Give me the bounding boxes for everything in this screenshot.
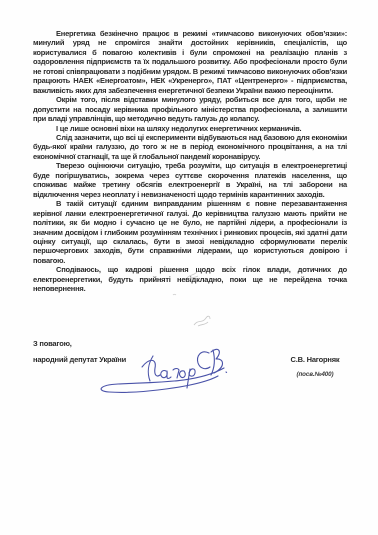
signatory-credential: (посв.№400) — [283, 370, 347, 379]
document-page: Енергетика безкінечно працює в режимі «т… — [0, 0, 378, 535]
signatory: С.В. Нагорняк (посв.№400) — [283, 355, 347, 379]
letter-body: Енергетика безкінечно працює в режимі «т… — [33, 29, 347, 294]
paragraph: Енергетика безкінечно працює в режимі «т… — [33, 29, 347, 95]
paragraph: Слід зазначити, що всі ці експерименти в… — [33, 133, 347, 161]
scan-smudge-mark — [172, 292, 177, 297]
paragraph: Тверезо оцінюючи ситуацію, треба розуміт… — [33, 161, 347, 199]
signatory-title: народний депутат України — [33, 355, 126, 364]
signatory-name: С.В. Нагорняк — [283, 355, 347, 364]
scan-smudge-mark — [186, 270, 200, 281]
scan-smudge-mark — [193, 314, 212, 327]
closing-block: З повагою, народний депутат України С.В.… — [33, 339, 347, 379]
paragraph: Окрім того, після відставки минулого уря… — [33, 95, 347, 123]
paragraph: В такій ситуації єдиним виправданим ріше… — [33, 199, 347, 265]
paragraph: І це лише основні віхи на шляху недолуги… — [33, 124, 347, 133]
closing-salutation: З повагою, — [33, 339, 347, 348]
